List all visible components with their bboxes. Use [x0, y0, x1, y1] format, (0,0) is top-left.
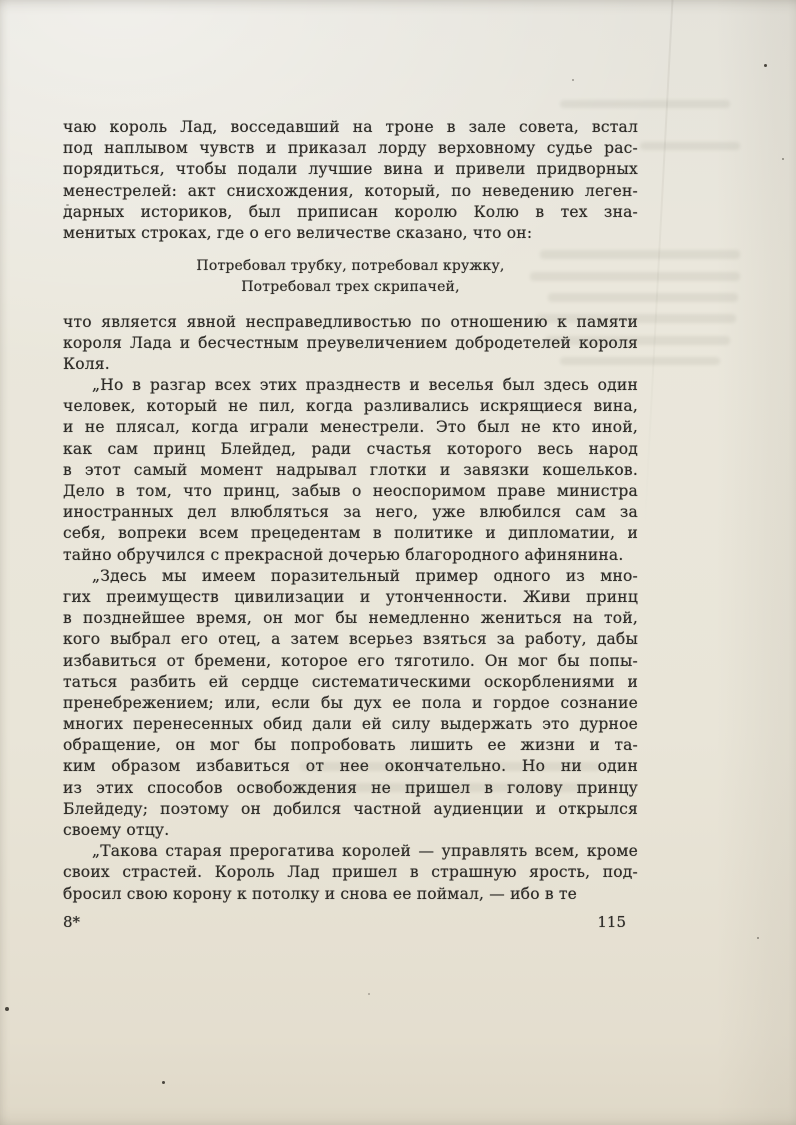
- paper-speck: [764, 64, 767, 67]
- paragraph: что является явной несправедливостью по …: [63, 312, 638, 376]
- text-line: „Но в разгар всех этих празднеств и весе…: [63, 375, 638, 396]
- text-line: человек, который не пил, когда разливали…: [63, 396, 638, 417]
- text-line: бросил свою корону к потолку и снова ее …: [63, 884, 638, 905]
- text-line: короля Лада и бесчестным преувеличением …: [63, 333, 638, 354]
- text-line: „Здесь мы имеем поразительный пример одн…: [63, 566, 638, 587]
- text-line: менитых строках, где о его величестве ск…: [63, 223, 638, 244]
- text-line: менестрелей: акт снисхождения, который, …: [63, 181, 638, 202]
- text-line: что является явной несправедливостью по …: [63, 312, 638, 333]
- verse-line: Потребовал трех скрипачей,: [63, 277, 638, 298]
- paper-speck: [782, 158, 784, 160]
- page-number: 115: [597, 913, 626, 931]
- text-line: обращение, он мог бы попробовать лишить …: [63, 735, 638, 756]
- text-line: ким образом избавиться от нее окончатель…: [63, 756, 638, 777]
- text-line: тайно обручился с прекрасной дочерью бла…: [63, 545, 638, 566]
- paragraph: „Но в разгар всех этих празднеств и весе…: [63, 375, 638, 566]
- paragraph: „Такова старая прерогатива королей — упр…: [63, 841, 638, 905]
- paragraph: чаю король Лад, восседавший на троне в з…: [63, 117, 638, 244]
- text-line: из этих способов освобождения не пришел …: [63, 778, 638, 799]
- text-line: гих преимуществ цивилизации и утонченнос…: [63, 587, 638, 608]
- text-line: себя, вопреки всем прецедентам в политик…: [63, 523, 638, 544]
- verse-line: Потребовал трубку, потребовал кружку,: [63, 256, 638, 277]
- text-line: Блейдеду; поэтому он добился частной ауд…: [63, 799, 638, 820]
- paragraph: „Здесь мы имеем поразительный пример одн…: [63, 566, 638, 841]
- signature-mark: 8*: [63, 913, 80, 931]
- text-line: и не плясал, когда играли менестрели. Эт…: [63, 417, 638, 438]
- text-line: таться разбить ей сердце систематическим…: [63, 672, 638, 693]
- text-line: Коля.: [63, 354, 638, 375]
- bleed-through-mark: [560, 100, 730, 108]
- text-line: порядиться, чтобы подали лучшие вина и п…: [63, 159, 638, 180]
- text-line: в позднейшее время, он мог бы немедленно…: [63, 608, 638, 629]
- paper-speck: [162, 1081, 165, 1084]
- bleed-through-mark: [640, 142, 740, 150]
- paper-speck: [368, 993, 370, 995]
- text-line: чаю король Лад, восседавший на троне в з…: [63, 117, 638, 138]
- text-line: дарных историков, был приписан королю Ко…: [63, 202, 638, 223]
- page-footer: 8* 115: [63, 913, 638, 931]
- text-line: пренебрежением; или, если бы дух ее пола…: [63, 693, 638, 714]
- text-line: „Такова старая прерогатива королей — упр…: [63, 841, 638, 862]
- text-line: многих перенесенных обид дали ей силу вы…: [63, 714, 638, 735]
- text-line: избавиться от бремени, которое его тягот…: [63, 651, 638, 672]
- text-line: под наплывом чувств и приказал лорду вер…: [63, 138, 638, 159]
- paper-speck: [572, 79, 574, 81]
- text-line: в этот самый момент надрывал глотки и за…: [63, 460, 638, 481]
- text-line: иностранных дел влюбляться за него, уже …: [63, 502, 638, 523]
- text-line: Дело в том, что принц, забыв о неоспорим…: [63, 481, 638, 502]
- text-line: кого выбрал его отец, а затем всерьез вз…: [63, 629, 638, 650]
- text-block: чаю король Лад, восседавший на троне в з…: [63, 117, 638, 905]
- verse-block: Потребовал трубку, потребовал кружку,Пот…: [63, 256, 638, 298]
- paper-speck: [5, 1007, 9, 1011]
- text-line: как сам принц Блейдед, ради счастья кото…: [63, 439, 638, 460]
- text-line: своему отцу.: [63, 820, 638, 841]
- text-line: своих страстей. Король Лад пришел в стра…: [63, 862, 638, 883]
- paper-speck: [757, 937, 759, 939]
